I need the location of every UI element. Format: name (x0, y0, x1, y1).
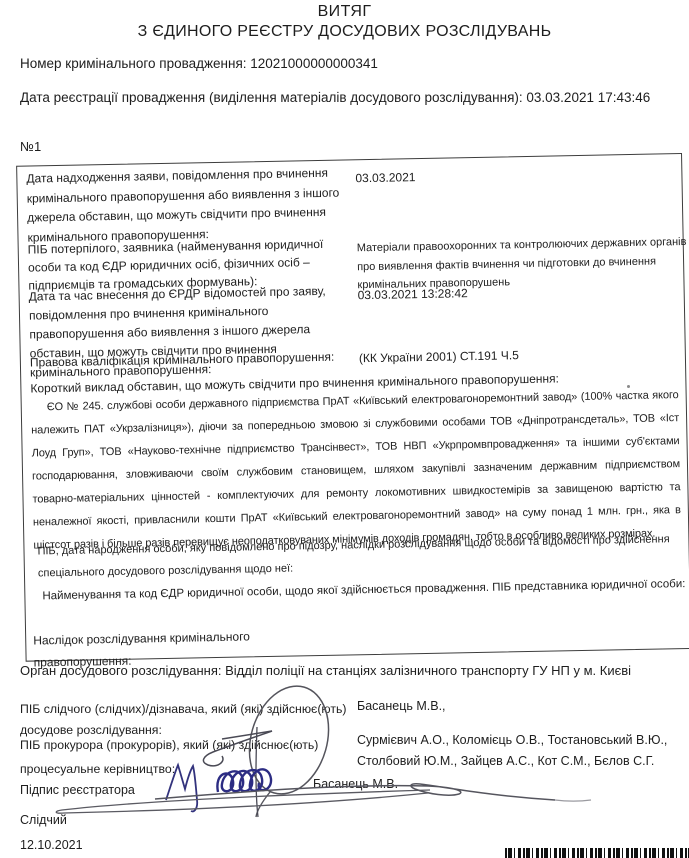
registration-date-line: Дата реєстрації провадження (виділення м… (20, 87, 672, 109)
register-record-table: Дата надходження заяви, повідомлення про… (16, 153, 689, 662)
document-subtitle: З ЄДИНОГО РЕЄСТРУ ДОСУДОВИХ РОЗСЛІДУВАНЬ (0, 23, 689, 41)
row-value-erdr-entry: 03.03.2021 13:28:42 (357, 284, 467, 305)
document-title: ВИТЯГ (0, 3, 689, 21)
prosecutor-names-line1: Сурмієвич А.О., Коломієць О.В., Тостанов… (357, 733, 667, 747)
scan-speck (627, 385, 630, 388)
barcode-strip (505, 848, 689, 858)
case-number-line: Номер кримінального провадження: 1202100… (20, 56, 378, 71)
extract-date: 12.10.2021 (20, 838, 83, 852)
investigator-role-label: Слідчий (20, 813, 67, 827)
investigator-name: Басанець М.В., (357, 699, 446, 713)
row-value-date-received: 03.03.2021 (355, 168, 415, 188)
row-value-legal-qualification: (КК України 2001) СТ.191 Ч.5 (359, 346, 519, 368)
registrar-signature-label: Підпис реєстратора (20, 783, 135, 797)
extract-document-page: ВИТЯГ З ЄДИНОГО РЕЄСТРУ ДОСУДОВИХ РОЗСЛІ… (0, 0, 689, 858)
registrar-signature-name: Басанець М.В. (313, 777, 398, 791)
investigation-authority-line: Орган досудового розслідування: Відділ п… (20, 663, 680, 678)
record-number: №1 (20, 139, 41, 154)
prosecutor-names-line2: Столбовий Ю.М., Зайцев А.С., Кот С.М., Б… (357, 754, 654, 768)
prosecutor-label: ПІБ прокурора (прокурорів), який (які) з… (20, 733, 352, 781)
